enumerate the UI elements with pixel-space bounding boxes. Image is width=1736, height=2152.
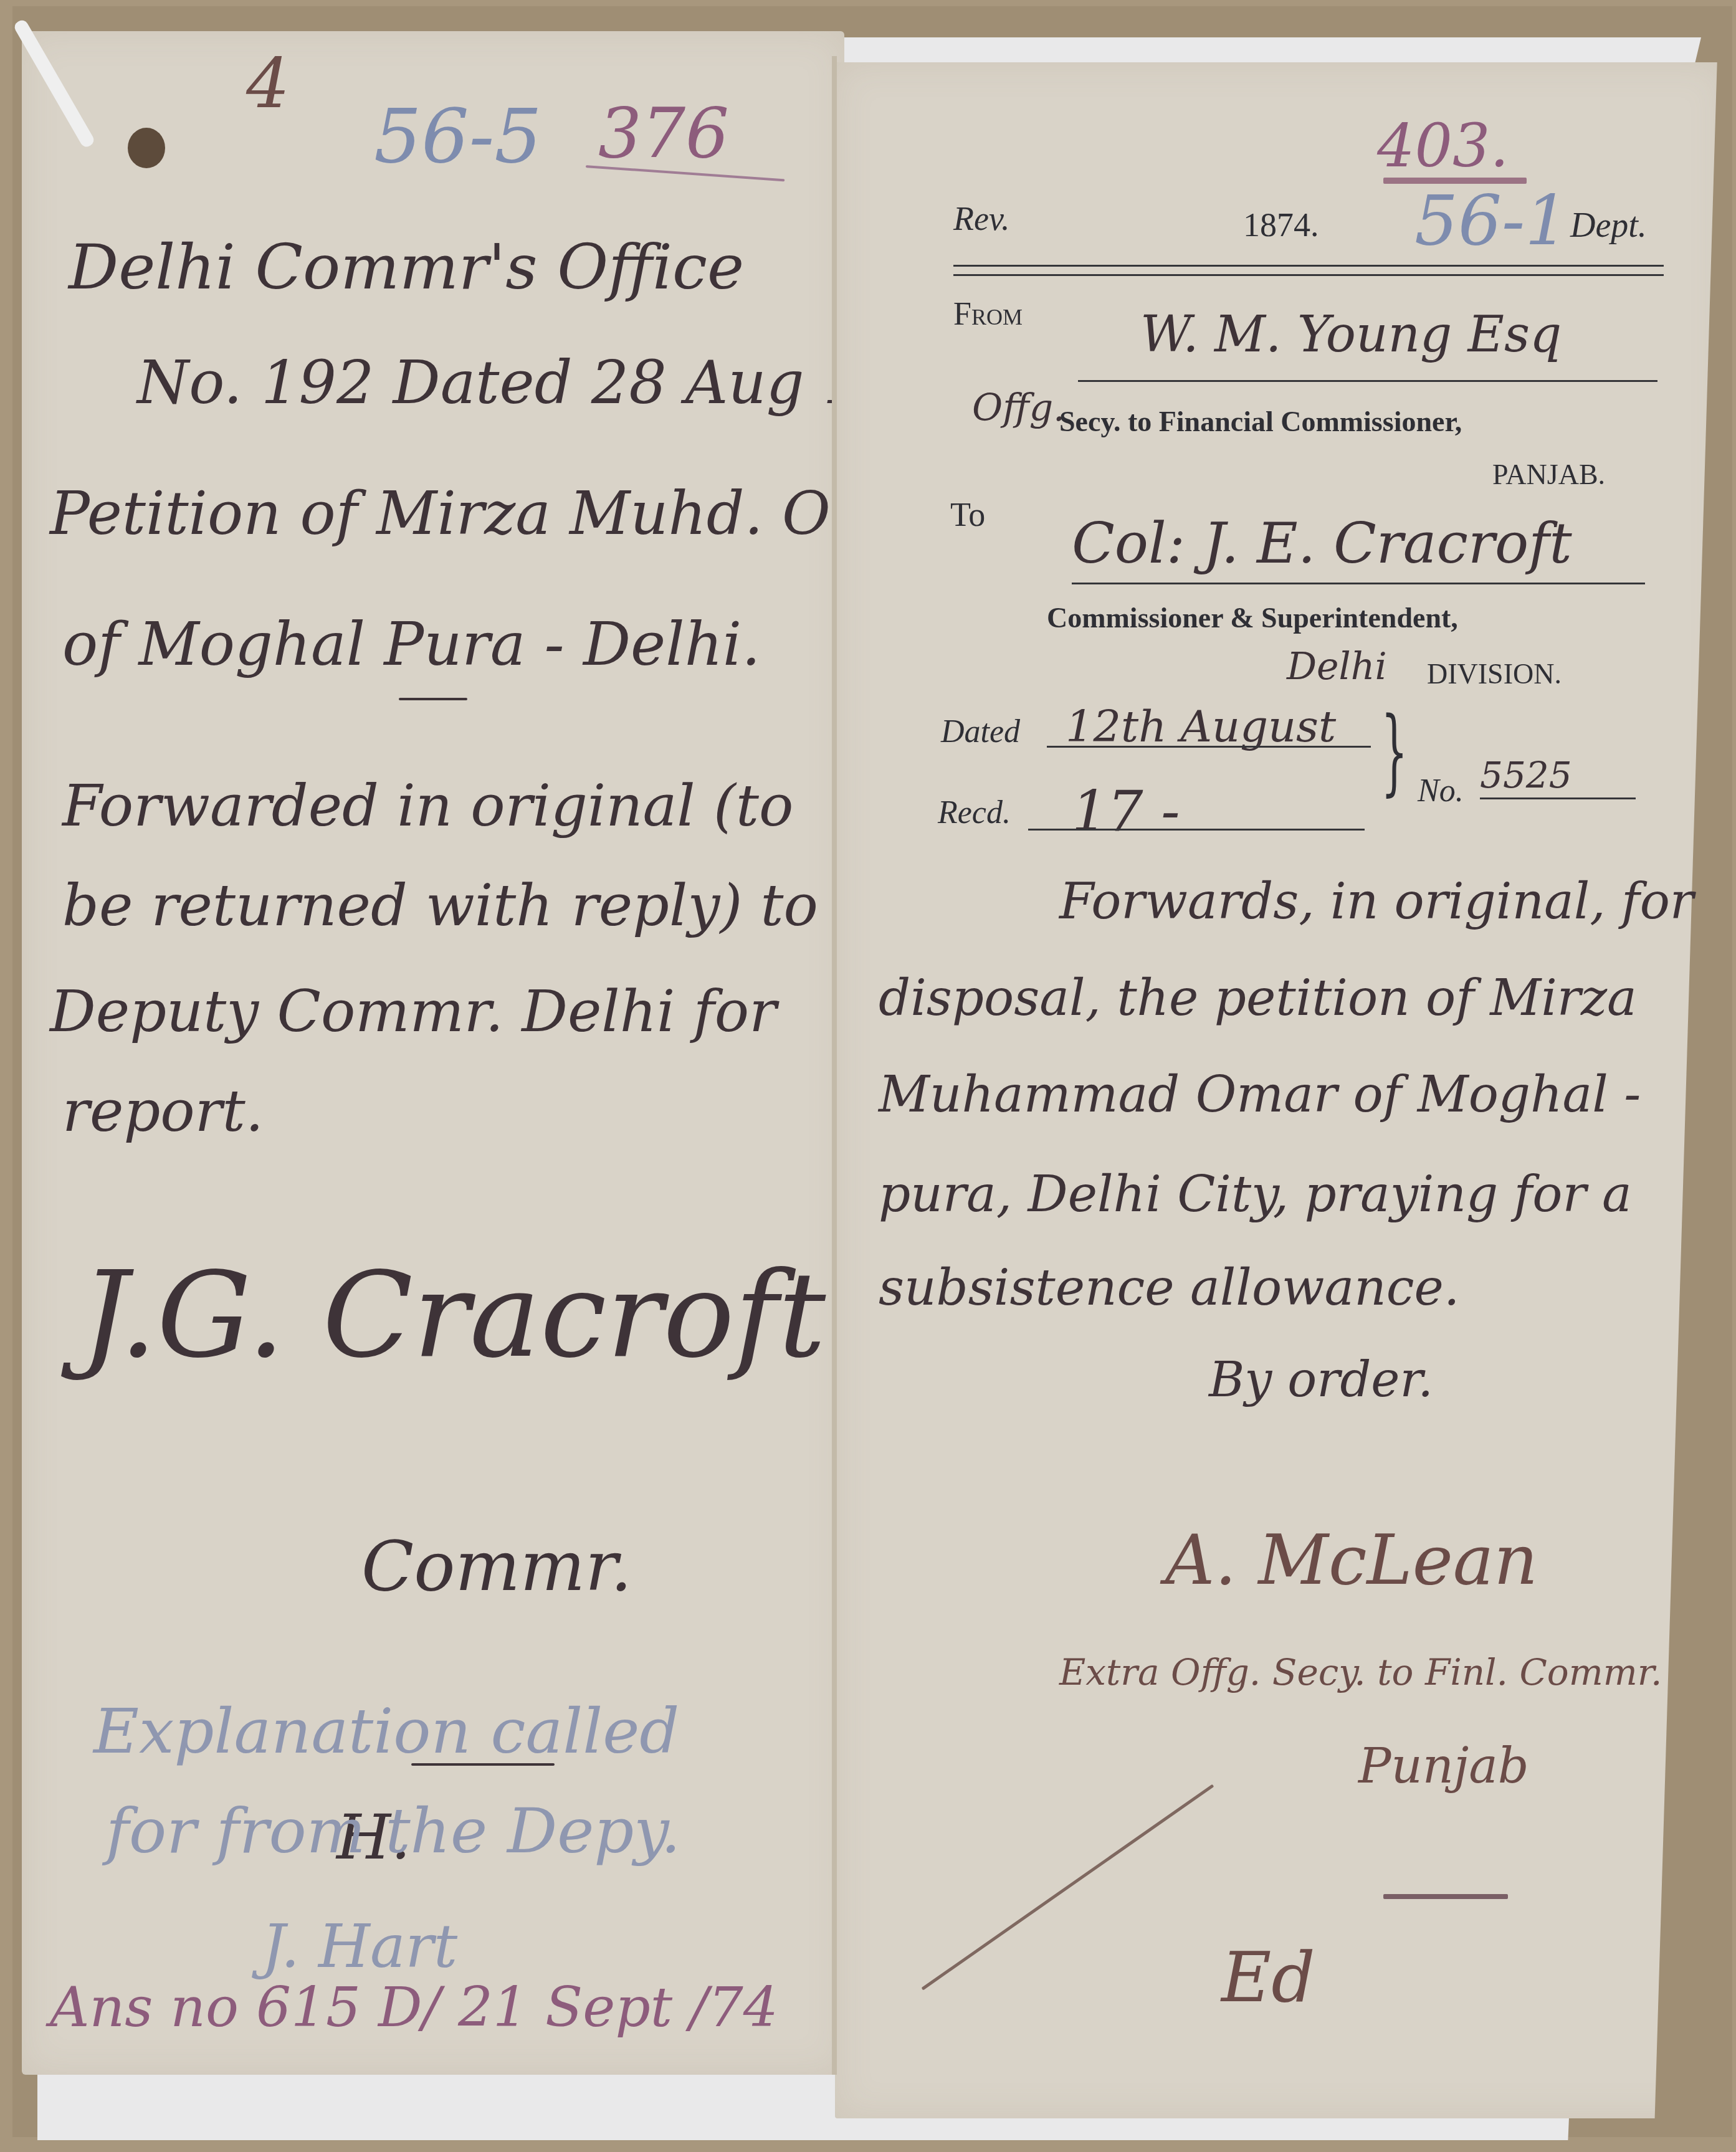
endorsement-line-1: Forwarded in original (to bbox=[62, 773, 793, 839]
dated-value: 12th August bbox=[1066, 701, 1336, 752]
to-title: Commissioner & Superintendent, bbox=[1047, 601, 1458, 634]
right-initial: Ed bbox=[1221, 1938, 1315, 2017]
left-top-fraction-numerator: 4 bbox=[246, 44, 290, 123]
to-name: Col: J. E. Cracroft bbox=[1072, 511, 1572, 576]
page-fold bbox=[832, 56, 837, 2075]
dept-suffix: Dept. bbox=[1570, 206, 1647, 245]
endorsement-line-4: report. bbox=[62, 1078, 264, 1145]
subject-line-1: Petition of Mirza Muhd. Omar bbox=[50, 480, 950, 548]
right-ref-bottom: 56-1 bbox=[1414, 181, 1568, 260]
to-label: To bbox=[950, 495, 985, 534]
recd-label: Recd. bbox=[938, 794, 1011, 831]
closing-by-order: By order. bbox=[1209, 1352, 1433, 1408]
commissioner-title: Commr. bbox=[361, 1526, 632, 1606]
dept-prefix: Rev. bbox=[953, 199, 1009, 238]
date-brace: } bbox=[1381, 698, 1408, 806]
body-line-5: subsistence allowance. bbox=[879, 1259, 1459, 1316]
left-page bbox=[22, 31, 844, 2075]
region-underline bbox=[1383, 1894, 1508, 1899]
subject-line-2: of Moghal Pura - Delhi. bbox=[62, 611, 760, 679]
commissioner-signature: J.G. Cracroft bbox=[81, 1246, 826, 1384]
dated-rule bbox=[1047, 746, 1371, 748]
recd-value: 17 - bbox=[1072, 779, 1180, 844]
no-rule bbox=[1480, 797, 1636, 799]
from-title: Secy. to Financial Commissioner, bbox=[1059, 405, 1462, 438]
to-division-handwritten: Delhi bbox=[1287, 645, 1387, 688]
body-line-3: Muhammad Omar of Moghal - bbox=[879, 1065, 1641, 1123]
body-line-2: disposal, the petition of Mirza bbox=[879, 969, 1637, 1027]
endorsement-line-3: Deputy Commr. Delhi for bbox=[50, 978, 776, 1045]
no-value: 5525 bbox=[1480, 754, 1572, 796]
secretary-signature: A. McLean bbox=[1165, 1520, 1538, 1600]
from-label: From bbox=[953, 296, 1023, 333]
from-prefix: Offg. bbox=[972, 386, 1065, 430]
punch-hole bbox=[128, 128, 165, 168]
body-line-4: pura, Delhi City, praying for a bbox=[879, 1165, 1632, 1223]
to-name-rule bbox=[1072, 583, 1645, 584]
recd-rule bbox=[1028, 829, 1365, 831]
to-division: DIVISION. bbox=[1427, 657, 1562, 690]
from-region: PANJAB. bbox=[1492, 458, 1605, 491]
dated-label: Dated bbox=[941, 713, 1020, 750]
subject-divider bbox=[399, 698, 467, 700]
answer-note: Ans no 615 D/ 21 Sept /74 bbox=[50, 1975, 778, 2039]
secretary-region: Punjab bbox=[1358, 1738, 1529, 1794]
endorsement-line-2: be returned with reply) to bbox=[62, 872, 818, 939]
no-label: No. bbox=[1418, 773, 1464, 809]
body-line-1: Forwards, in original, for bbox=[1059, 872, 1694, 930]
pencil-initials: J. Hart bbox=[262, 1913, 457, 1981]
from-name-rule bbox=[1078, 380, 1657, 382]
from-name: W. M. Young Esq bbox=[1140, 305, 1562, 363]
left-ink-ref: 376 bbox=[598, 93, 729, 173]
header-rule-bottom bbox=[953, 274, 1664, 276]
header-rule-top bbox=[953, 265, 1664, 267]
pencil-note-line-2: for from the Depy. bbox=[106, 1794, 680, 1867]
pencil-note-line-1: Explanation called bbox=[93, 1695, 679, 1768]
office-heading: Delhi Commr's Office bbox=[69, 231, 744, 303]
right-ref-top: 403. bbox=[1377, 112, 1509, 181]
docket-year: 1874. bbox=[1243, 206, 1319, 244]
left-pencil-ref: 56-5 bbox=[374, 93, 542, 180]
secretary-title: Extra Offg. Secy. to Finl. Commr. bbox=[1059, 1651, 1662, 1693]
